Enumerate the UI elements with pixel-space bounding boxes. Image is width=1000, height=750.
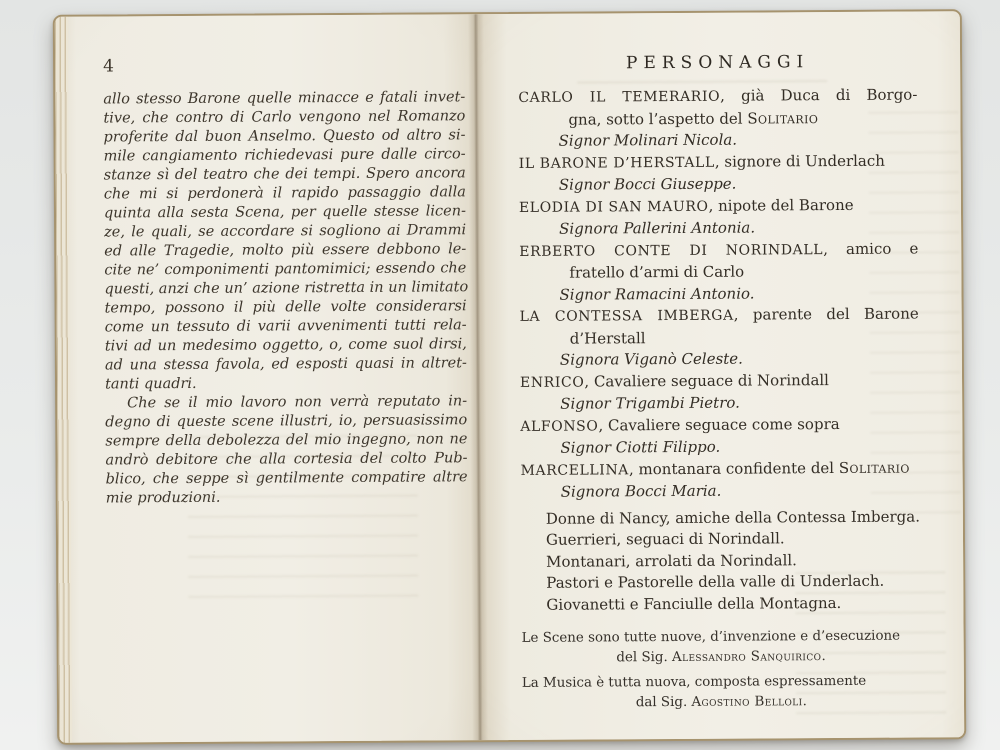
left-page: 4 allo stesso Barone quelle minacce e fa… (55, 14, 481, 743)
text-line: degno di queste scene illustri, io, pers… (105, 411, 467, 432)
note-line: Le Scene sono tutte nuove, d’invenzione … (522, 626, 921, 648)
actor-name: Signora Viganò Celeste. (520, 347, 919, 371)
note-line: dal Sig. Agostino Belloli. (522, 691, 921, 713)
text-line: mile cangiamento richiedevasi pure dalle… (104, 145, 466, 166)
text-line: allo stesso Barone quelle minacce e fata… (103, 88, 465, 109)
cast-entry: IL BARONE D’HERSTALL, signore di Underla… (519, 150, 918, 196)
plain-text: del Sig. (616, 650, 672, 665)
production-note: La Musica è tutta nuova, composta espres… (522, 671, 921, 713)
ensemble-list: Donne di Nancy, amiche della Contessa Im… (521, 506, 921, 616)
cast-entry: ENRICO, Cavaliere seguace di NorindallSi… (520, 369, 919, 415)
cast-name-line: CARLO IL TEMERARIO, già Duca di Borgo- (518, 85, 917, 110)
text-line: Che se il mio lavoro non verrà reputato … (105, 392, 467, 413)
cast-name-line: IL BARONE D’HERSTALL, signore di Underla… (519, 150, 918, 175)
text-line: tanti quadri. (105, 373, 467, 394)
text-line: ad una stessa favola, ed esposti quasi i… (105, 354, 467, 375)
page-number: 4 (103, 54, 465, 76)
character-name: ELODIA DI SAN MAURO (519, 198, 709, 215)
character-name: LA CONTESSA IMBERGA (520, 308, 734, 325)
right-page: PERSONAGGI CARLO IL TEMERARIO, già Duca … (477, 11, 966, 740)
small-caps-name: Alessandro Sanquirico. (672, 649, 826, 665)
note-line: del Sig. Alessandro Sanquirico. (522, 646, 921, 668)
cast-name-line: LA CONTESSA IMBERGA, parente del Barone (520, 303, 919, 328)
plain-text: La Musica è tutta nuova, composta espres… (522, 674, 866, 691)
plain-text: gna, sotto l’aspetto del (568, 109, 747, 128)
cast-entry: ALFONSO, Cavaliere seguace come sopraSig… (520, 413, 919, 459)
plain-text: , montanara confidente del (629, 458, 839, 477)
cast-name-line: ALFONSO, Cavaliere seguace come sopra (520, 413, 919, 438)
plain-text: , signore di Underlach (715, 151, 885, 170)
plain-text: , Cavaliere seguace di Norindall (584, 371, 829, 390)
text-line: tivi ad un medesimo oggetto, o, come suo… (105, 335, 467, 356)
left-page-text: allo stesso Barone quelle minacce e fata… (103, 88, 468, 508)
cast-name-line: ERBERTO CONTE DI NORINDALL, amico e (519, 238, 918, 263)
cast-name-line: ELODIA DI SAN MAURO, nipote del Barone (519, 194, 918, 219)
actor-name: Signor Ramacini Antonio. (519, 282, 918, 306)
note-line: La Musica è tutta nuova, composta espres… (522, 671, 921, 693)
text-line: ze, le quali, se accordare si sogliono a… (104, 221, 466, 242)
page-edges-left (55, 17, 72, 743)
plain-text: , Cavaliere seguace come sopra (598, 414, 839, 433)
cast-heading: PERSONAGGI (518, 52, 917, 74)
character-name: CARLO IL TEMERARIO (518, 89, 720, 106)
cast-entry: CARLO IL TEMERARIO, già Duca di Borgo-gn… (518, 85, 917, 153)
open-book: 4 allo stesso Barone quelle minacce e fa… (53, 9, 966, 745)
plain-text: Le Scene sono tutte nuove, d’invenzione … (522, 629, 901, 646)
ensemble-line: Giovanetti e Fanciulle della Montagna. (521, 592, 920, 616)
actor-name: Signora Bocci Maria. (521, 479, 920, 503)
text-line: mie produzioni. (106, 487, 468, 508)
text-line: tempo, possono il più delle volte consid… (105, 297, 467, 318)
plain-text: , amico e (823, 239, 918, 258)
text-line: andrò debitore che alla cortesia del col… (105, 449, 467, 470)
text-line: sempre della debolezza del mio ingegno, … (105, 430, 467, 451)
actor-name: Signor Ciotti Filippo. (520, 435, 919, 459)
cast-name-line: MARCELLINA, montanara confidente del Sol… (521, 457, 920, 482)
actor-name: Signor Bocci Giuseppe. (519, 173, 918, 197)
production-note: Le Scene sono tutte nuove, d’invenzione … (522, 626, 921, 668)
character-name: ALFONSO (520, 418, 598, 434)
plain-text: , nipote del Barone (708, 195, 853, 214)
small-caps-name: Solitario (839, 458, 910, 476)
plain-text: , già Duca di Borgo- (720, 86, 917, 105)
text-line: che mi si perdonerà il rapido passaggio … (104, 183, 466, 204)
cast-entry: MARCELLINA, montanara confidente del Sol… (521, 457, 920, 503)
text-line: proferite dal buon Anselmo. Questo od al… (103, 126, 465, 147)
cast-name-line: fratello d’armi di Carlo (519, 261, 918, 285)
ensemble-line: Guerrieri, seguaci di Norindall. (521, 527, 920, 551)
text-line: ed alle Tragedie, molto più essere debbo… (104, 240, 466, 261)
production-notes: Le Scene sono tutte nuove, d’invenzione … (522, 626, 922, 713)
cast-name-line: d’Herstall (520, 326, 919, 350)
cast-name-line: ENRICO, Cavaliere seguace di Norindall (520, 369, 919, 394)
actor-name: Signor Molinari Nicola. (518, 129, 917, 153)
photo-background: 4 allo stesso Barone quelle minacce e fa… (0, 0, 1000, 750)
cast-name-line: gna, sotto l’aspetto del Solitario (518, 107, 917, 131)
cast-entry: ELODIA DI SAN MAURO, nipote del BaroneSi… (519, 194, 918, 240)
character-name: IL BARONE D’HERSTALL (519, 154, 715, 171)
plain-text: , parente del Barone (734, 304, 919, 323)
small-caps-name: Solitario (747, 109, 818, 127)
actor-name: Signora Pallerini Antonia. (519, 217, 918, 241)
text-line: stanze sì del teatro che dei tempi. Sper… (104, 164, 466, 185)
text-line: quinta alla sesta Scena, per quelle stes… (104, 202, 466, 223)
cast-entry: ERBERTO CONTE DI NORINDALL, amico efrate… (519, 238, 918, 306)
text-line: come un tessuto di varii avvenimenti tut… (105, 316, 467, 337)
plain-text: dal Sig. (636, 695, 692, 710)
ensemble-line: Pastori e Pastorelle della valle di Unde… (521, 570, 920, 594)
character-name: ENRICO (520, 374, 584, 390)
text-line: cite ne’ componimenti pantomimici; essen… (104, 259, 466, 280)
actor-name: Signor Trigambi Pietro. (520, 391, 919, 415)
text-line: blico, che seppe sì gentilmente compatir… (106, 468, 468, 489)
small-caps-name: Agostino Belloli. (691, 694, 807, 710)
ensemble-line: Montanari, arrolati da Norindall. (521, 549, 920, 573)
character-name: ERBERTO CONTE DI NORINDALL (519, 242, 823, 260)
ensemble-line: Donne di Nancy, amiche della Contessa Im… (521, 506, 920, 530)
text-line: tive, che contro di Carlo vengono nel Ro… (103, 107, 465, 128)
character-name: MARCELLINA (521, 462, 630, 479)
text-line: questi, anzi che un’ azione ristretta in… (104, 278, 466, 299)
cast-entry: LA CONTESSA IMBERGA, parente del Baroned… (520, 303, 919, 371)
cast-list: CARLO IL TEMERARIO, già Duca di Borgo-gn… (518, 85, 920, 504)
plain-text: d’Herstall (570, 329, 646, 347)
plain-text: fratello d’armi di Carlo (569, 263, 744, 282)
